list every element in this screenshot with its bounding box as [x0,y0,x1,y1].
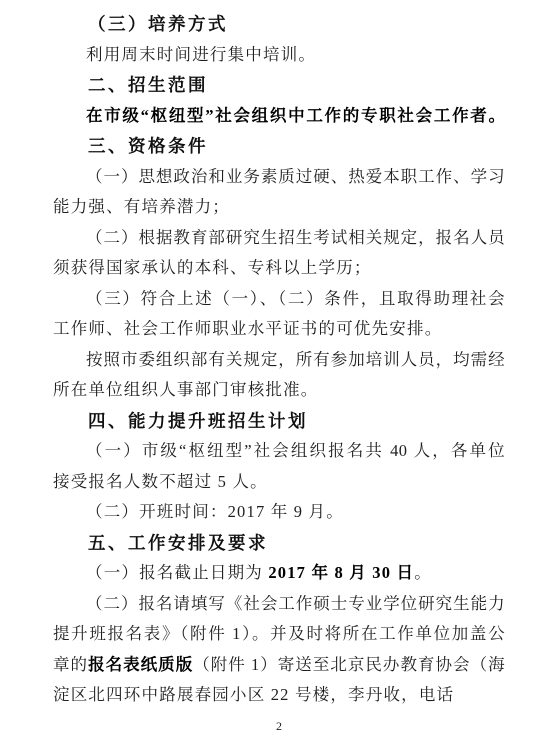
deadline-date-bold: 2017 年 8 月 30 日 [268,563,414,582]
deadline-prefix: （一）报名截止日期为 [86,563,268,582]
deadline-suffix: 。 [414,563,432,582]
application-prefix: 章的 [53,655,88,674]
para-qualification-1-line-1: （一）思想政治和业务素质过硬、热爱本职工作、学习 [53,162,505,193]
page-number: 2 [53,718,505,734]
heading-qualifications: 三、资格条件 [53,131,505,162]
para-qualification-3-line-2: 工作师、社会工作师职业水平证书的可优先安排。 [53,314,505,345]
para-qualification-2-line-1: （二）根据教育部研究生招生考试相关规定，报名人员 [53,223,505,254]
para-weekend-training: 利用周末时间进行集中培训。 [53,40,505,71]
heading-training-method: （三）培养方式 [53,9,505,40]
paper-form-bold: 报名表纸质版 [88,655,193,674]
para-registration-deadline: （一）报名截止日期为 2017 年 8 月 30 日。 [53,558,505,589]
document-page: （三）培养方式 利用周末时间进行集中培训。 二、招生范围 在市级“枢纽型”社会组… [0,0,556,742]
para-approval-line-1: 按照市委组织部有关规定，所有参加培训人员，均需经 [53,345,505,376]
para-plan-start-date: （二）开班时间：2017 年 9 月。 [53,497,505,528]
para-qualification-2-line-2: 须获得国家承认的本科、专科以上学历； [53,253,505,284]
para-enrollment-target: 在市级“枢纽型”社会组织中工作的专职社会工作者。 [53,101,505,132]
para-plan-quota-line-2: 接受报名人数不超过 5 人。 [53,467,505,498]
para-qualification-1-line-2: 能力强、有培养潜力； [53,192,505,223]
application-suffix: （附件 1）寄送至北京民办教育协会（海 [193,655,505,674]
para-approval-line-2: 所在单位组织人事部门审核批准。 [53,375,505,406]
para-application-line-2: 提升班报名表》（附件 1）。并及时将所在工作单位加盖公 [53,619,505,650]
para-application-line-3: 章的报名表纸质版（附件 1）寄送至北京民办教育协会（海 [53,650,505,681]
para-qualification-3-line-1: （三）符合上述（一）、（二）条件，且取得助理社会 [53,284,505,315]
heading-work-arrangement: 五、工作安排及要求 [53,528,505,559]
para-plan-quota-line-1: （一）市级“枢纽型”社会组织报名共 40 人，各单位 [53,436,505,467]
heading-enrollment-plan: 四、能力提升班招生计划 [53,406,505,437]
heading-enrollment-scope: 二、招生范围 [53,70,505,101]
para-application-line-4: 淀区北四环中路展春园小区 22 号楼，李丹收，电话 [53,680,505,711]
para-application-line-1: （二）报名请填写《社会工作硕士专业学位研究生能力 [53,589,505,620]
